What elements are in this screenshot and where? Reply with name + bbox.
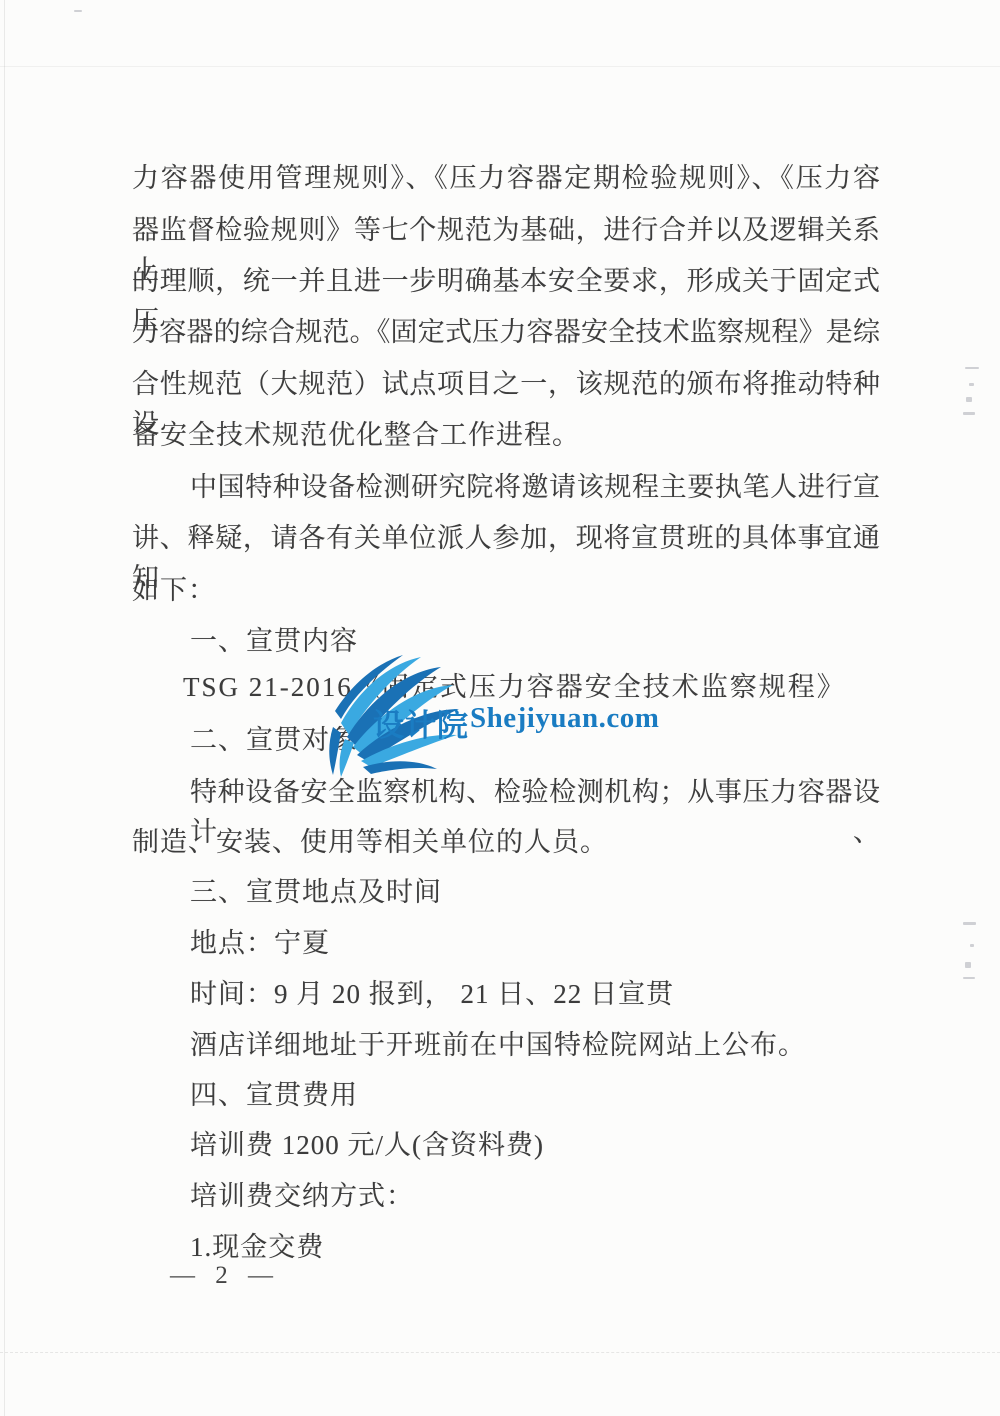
- text-line: 器监督检验规则》等七个规范为基础，进行合并以及逻辑关系上: [132, 210, 880, 254]
- scan-artifact-top-line: [0, 66, 1000, 67]
- scan-artifact-speck: [963, 412, 975, 415]
- scan-artifact-speck: [965, 367, 979, 369]
- text-line: 讲、释疑，请各有关单位派人参加，现将宣贯班的具体事宜通知: [132, 518, 880, 562]
- text-line: 1.现金交费: [190, 1227, 946, 1271]
- text-line: 制造、安装、使用等相关单位的人员。: [132, 822, 888, 866]
- scanned-document-page: 力容器使用管理规则》、《压力容器定期检验规则》、《压力容 器监督检验规则》等七个…: [0, 0, 1000, 1416]
- scan-artifact-bottom-line: [0, 1352, 1000, 1354]
- scan-artifact-speck: [963, 922, 976, 925]
- scan-artifact-speck: [963, 977, 975, 979]
- scan-artifact-speck: [970, 944, 974, 947]
- page-number: — 2 —: [170, 1262, 275, 1290]
- text-line: 中国特种设备检测研究院将邀请该规程主要执笔人进行宣: [190, 467, 880, 511]
- section-heading: 三、宣贯地点及时间: [190, 872, 946, 916]
- text-line: 力容器的综合规范。《固定式压力容器安全技术监察规程》是综: [132, 312, 880, 356]
- scan-artifact-left-line: [4, 0, 5, 1416]
- text-line: 培训费 1200 元/人(含资料费): [190, 1125, 946, 1169]
- watermark-en-text: Shejiyuan.com: [470, 702, 659, 735]
- watermark: 设计院 Shejiyuan.com: [325, 653, 655, 783]
- scan-artifact-speck: [966, 397, 972, 402]
- text-line: 备安全技术规范优化整合工作进程。: [132, 415, 888, 459]
- text-line: 合性规范（大规范）试点项目之一，该规范的颁布将推动特种设: [132, 364, 880, 408]
- scan-artifact-speck: [965, 962, 971, 968]
- text-line: 时间：9 月 20 报到， 21 日、22 日宣贯: [190, 974, 946, 1018]
- watermark-cn-text: 设计院: [373, 700, 469, 745]
- text-line: 的理顺，统一并且进一步明确基本安全要求，形成关于固定式压: [132, 261, 880, 305]
- scan-artifact-speck: [74, 10, 82, 12]
- section-heading: 四、宣贯费用: [190, 1075, 946, 1119]
- text-line: 酒店详细地址于开班前在中国特检院网站上公布。: [190, 1025, 946, 1069]
- text-line: 培训费交纳方式：: [190, 1176, 946, 1220]
- text-line: 力容器使用管理规则》、《压力容器定期检验规则》、《压力容: [132, 158, 880, 202]
- text-line: 如下：: [132, 570, 888, 614]
- scan-artifact-speck: [969, 383, 974, 386]
- text-line: 地点：宁夏: [190, 923, 946, 967]
